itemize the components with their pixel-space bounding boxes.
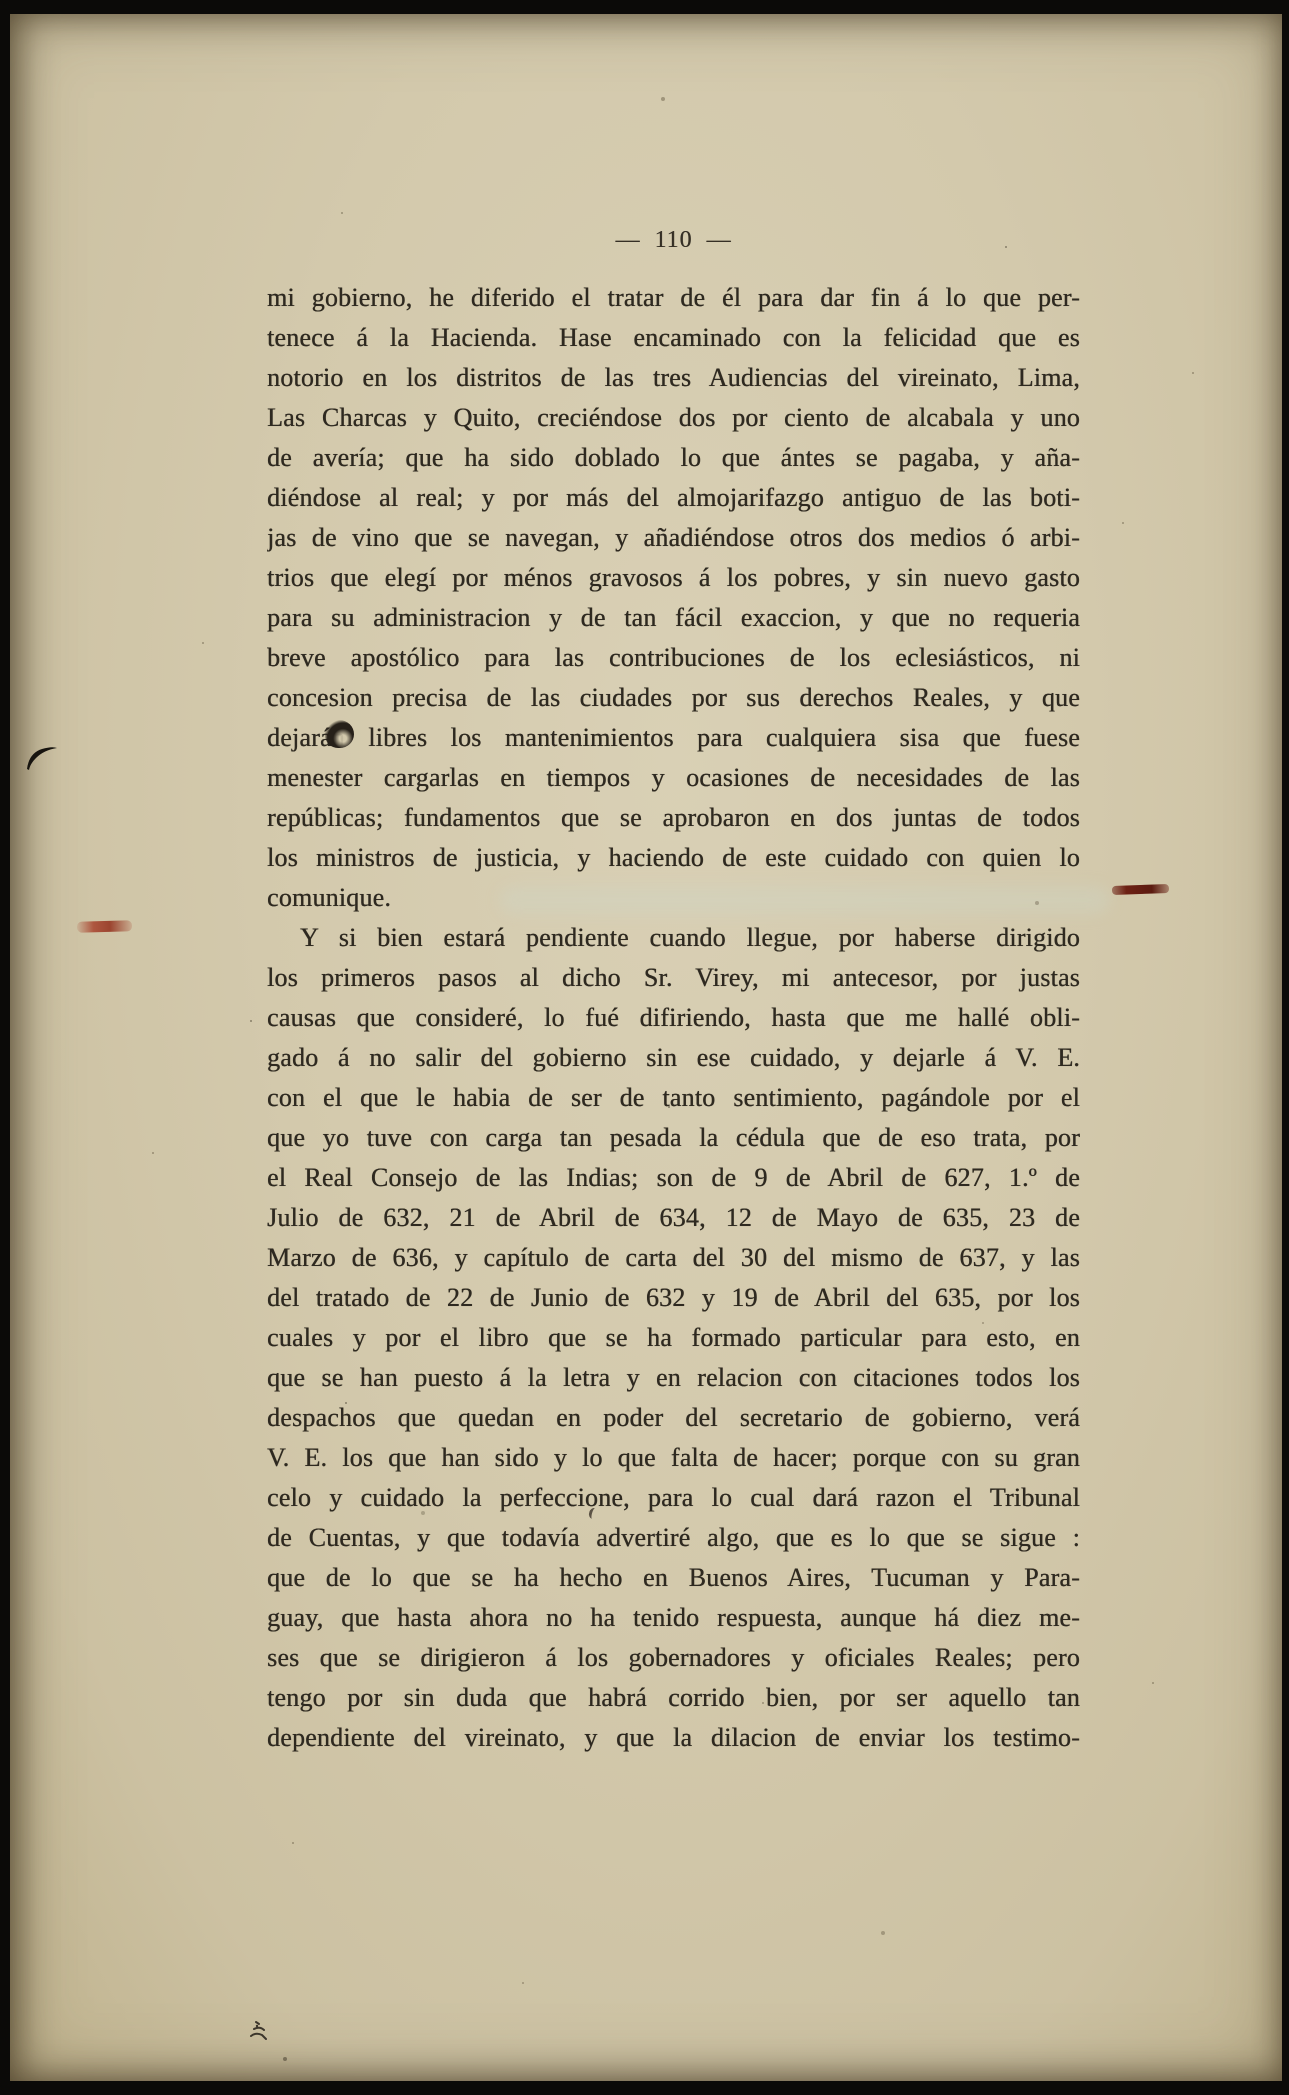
text-line: diéndose al real; y por más del almojari… — [267, 478, 1080, 518]
paper-specks — [0, 0, 2, 2]
text-line: despachos que quedan en poder del secret… — [267, 1398, 1080, 1438]
text-line: dependiente del vireinato, y que la dila… — [267, 1718, 1080, 1758]
text-line: jas de vino que se navegan, y añadiéndos… — [267, 518, 1080, 558]
text-line: V. E. los que han sido y lo que falta de… — [267, 1438, 1080, 1478]
text-line: de Cuentas, y que todavía advertiré algo… — [267, 1518, 1080, 1558]
text-line: Marzo de 636, y capítulo de carta del 30… — [267, 1238, 1080, 1278]
text-line: menester cargarlas en tiempos y ocasione… — [267, 758, 1080, 798]
scanned-book-page: — 110 — mi gobierno, he diferido el trat… — [0, 0, 1289, 2095]
text-line: Julio de 632, 21 de Abril de 634, 12 de … — [267, 1198, 1080, 1238]
text-line: Y si bien estará pendiente cuando llegue… — [267, 918, 1080, 958]
ink-blot — [325, 720, 354, 748]
text-line: los primeros pasos al dicho Sr. Virey, m… — [267, 958, 1080, 998]
text-line: cuales y por el libro que se ha formado … — [267, 1318, 1080, 1358]
text-line: gado á no salir del gobierno sin ese cui… — [267, 1038, 1080, 1078]
body-text: mi gobierno, he diferido el tratar de él… — [267, 278, 1080, 1758]
text-line: repúblicas; fundamentos que se aprobaron… — [267, 798, 1080, 838]
text-line: que yo tuve con carga tan pesada la cédu… — [267, 1118, 1080, 1158]
text-line: dejarán libres los mantenimientos para c… — [267, 718, 1080, 758]
paragraph-2: Y si bien estará pendiente cuando llegue… — [267, 918, 1080, 1758]
text-line: tenece á la Hacienda. Hase encaminado co… — [267, 318, 1080, 358]
text-line: ses que se dirigieron á los gobernadores… — [267, 1638, 1080, 1678]
text-line: del tratado de 22 de Junio de 632 y 19 d… — [267, 1278, 1080, 1318]
red-pencil-smudge — [77, 920, 132, 932]
text-line: guay, que hasta ahora no ha tenido respu… — [267, 1598, 1080, 1638]
bottom-ink-scribble — [246, 2020, 274, 2050]
text-line: mi gobierno, he diferido el tratar de él… — [267, 278, 1080, 318]
text-line: el Real Consejo de las Indias; son de 9 … — [267, 1158, 1080, 1198]
text-line: breve apostólico para las contribuciones… — [267, 638, 1080, 678]
text-line: tengo por sin duda que habrá corrido bie… — [267, 1678, 1080, 1718]
text-line: con el que le habia de ser de tanto sent… — [267, 1078, 1080, 1118]
text-line: para su administracion y de tan fácil ex… — [267, 598, 1080, 638]
text-line: comunique. — [267, 878, 1080, 918]
text-line: que se han puesto á la letra y en relaci… — [267, 1358, 1080, 1398]
text-line: trios que elegí por ménos gravosos á los… — [267, 558, 1080, 598]
pen-crescent-mark — [24, 746, 60, 772]
text-line: notorio en los distritos de las tres Aud… — [267, 358, 1080, 398]
page-number: — 110 — — [267, 222, 1080, 258]
text-line: los ministros de justicia, y haciendo de… — [267, 838, 1080, 878]
text-line: que de lo que se ha hecho en Buenos Aire… — [267, 1558, 1080, 1598]
text-line: celo y cuidado la perfeccione, para lo c… — [267, 1478, 1080, 1518]
text-line: Las Charcas y Quito, creciéndose dos por… — [267, 398, 1080, 438]
paragraph-1: mi gobierno, he diferido el tratar de él… — [267, 278, 1080, 918]
text-line: causas que consideré, lo fué difiriendo,… — [267, 998, 1080, 1038]
text-line: de avería; que ha sido doblado lo que án… — [267, 438, 1080, 478]
text-line: concesion precisa de las ciudades por su… — [267, 678, 1080, 718]
